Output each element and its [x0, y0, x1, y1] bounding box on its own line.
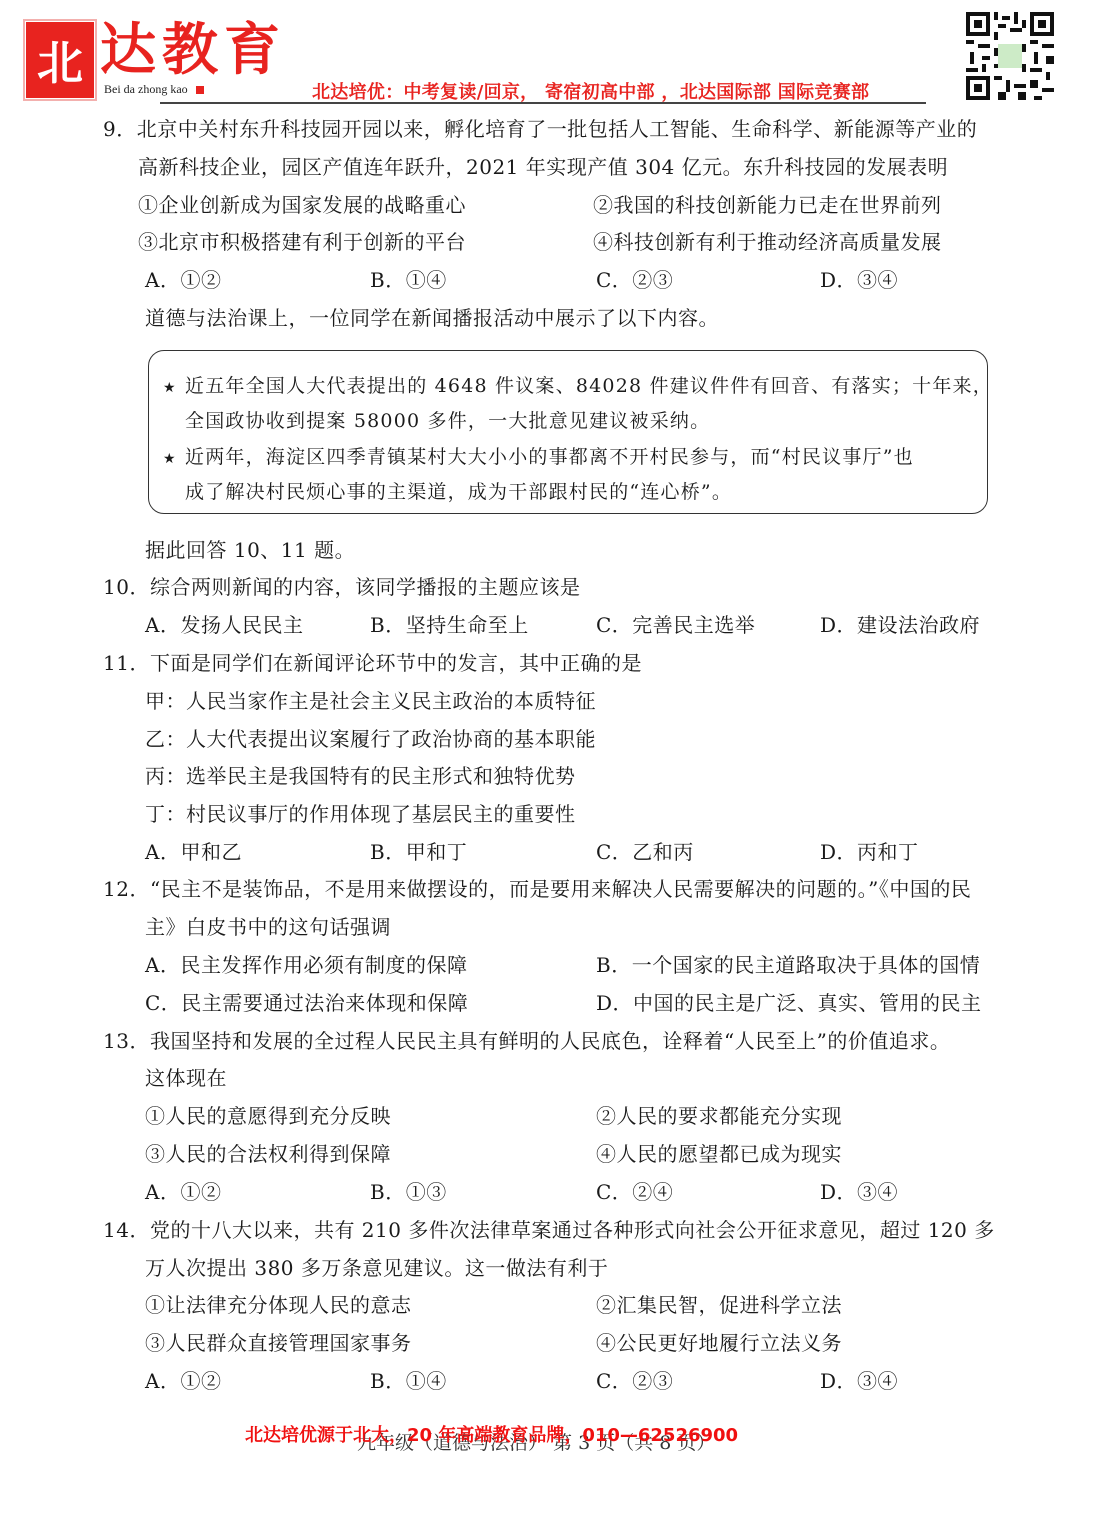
q12-option-a[interactable]: A．民主发挥作用必须有制度的保障 [145, 953, 467, 977]
q10-stem: 10．综合两则新闻的内容，该同学播报的主题应该是 [103, 575, 580, 599]
q11-item-bing: 丙：选举民主是我国特有的民主形式和独特优势 [145, 764, 576, 788]
q9-item-3: ③北京市积极搭建有利于创新的平台 [138, 230, 466, 254]
q11-option-b[interactable]: B．甲和丁 [370, 840, 467, 864]
q13-stem-line2: 这体现在 [145, 1066, 227, 1090]
news-2-line2: 成了解决村民烦心事的主渠道，成为干部跟村民的“连心桥”。 [185, 477, 732, 504]
q10-option-b[interactable]: B．坚持生命至上 [370, 613, 529, 637]
q14-stem-text1: 党的十八大以来，共有 210 多件次法律草案通过各种形式向社会公开征求意见，超过… [150, 1218, 995, 1242]
q14-option-b[interactable]: B．①④ [370, 1369, 447, 1393]
news-1-line1: ★近五年全国人大代表提出的 4648 件议案、84028 件建议件件有回音、有落… [163, 371, 993, 398]
star-icon: ★ [163, 451, 185, 467]
q11-number: 11． [103, 651, 150, 675]
q13-item-3: ③人民的合法权利得到保障 [145, 1142, 391, 1166]
q14-option-c[interactable]: C．②③ [596, 1369, 673, 1393]
q9-stem-line2: 高新科技企业，园区产值连年跃升，2021 年实现产值 304 亿元。东升科技园的… [138, 155, 948, 179]
q9-option-d[interactable]: D．③④ [820, 268, 898, 292]
q12-option-b[interactable]: B．一个国家的民主道路取决于具体的国情 [596, 953, 980, 977]
q12-option-d[interactable]: D．中国的民主是广泛、真实、管用的民主 [596, 991, 982, 1015]
q11-item-ding: 丁：村民议事厅的作用体现了基层民主的重要性 [145, 802, 576, 826]
logo-square-icon [196, 86, 204, 94]
q9-number: 9． [103, 117, 137, 141]
q13-option-b[interactable]: B．①③ [370, 1180, 447, 1204]
q9-option-c[interactable]: C．②③ [596, 268, 673, 292]
q11-option-c[interactable]: C．乙和丙 [596, 840, 694, 864]
q13-number: 13． [103, 1029, 150, 1053]
q14-stem-line1: 14．党的十八大以来，共有 210 多件次法律草案通过各种形式向社会公开征求意见… [103, 1218, 995, 1242]
q11-stem: 11．下面是同学们在新闻评论环节中的发言，其中正确的是 [103, 651, 642, 675]
q13-stem-text1: 我国坚持和发展的全过程人民民主具有鲜明的人民底色，诠释着“人民至上”的价值追求。 [150, 1029, 950, 1053]
q14-number: 14． [103, 1218, 150, 1242]
q9-option-a[interactable]: A．①② [145, 268, 221, 292]
q9-item-1: ①企业创新成为国家发展的战略重心 [138, 193, 466, 217]
q11-item-yi: 乙：人大代表提出议案履行了政治协商的基本职能 [145, 727, 596, 751]
qr-code-icon [966, 12, 1054, 100]
q10-stem-text: 综合两则新闻的内容，该同学播报的主题应该是 [150, 575, 581, 599]
q13-item-1: ①人民的意愿得到充分反映 [145, 1104, 391, 1128]
logo-subtitle: Bei da zhong kao [104, 82, 204, 97]
header-divider [160, 102, 926, 104]
star-icon: ★ [163, 380, 185, 396]
material-intro: 道德与法治课上，一位同学在新闻播报活动中展示了以下内容。 [145, 306, 719, 330]
q13-item-4: ④人民的愿望都已成为现实 [596, 1142, 842, 1166]
q14-option-d[interactable]: D．③④ [820, 1369, 898, 1393]
news-1-text1: 近五年全国人大代表提出的 4648 件议案、84028 件建议件件有回音、有落实… [185, 375, 993, 397]
q13-option-d[interactable]: D．③④ [820, 1180, 898, 1204]
logo-subtitle-text: Bei da zhong kao [104, 82, 188, 96]
q11-item-jia: 甲：人民当家作主是社会主义民主政治的本质特征 [145, 689, 596, 713]
q9-item-4: ④科技创新有利于推动经济高质量发展 [593, 230, 942, 254]
q13-item-2: ②人民的要求都能充分实现 [596, 1104, 842, 1128]
q12-option-c[interactable]: C．民主需要通过法治来体现和保障 [145, 991, 468, 1015]
header-slogan: 北达培优：中考复读/回京， 寄宿初高中部 ，北达国际部 国际竞赛部 [312, 78, 869, 104]
q9-stem-line1: 9．北京中关村东升科技园开园以来，孵化培育了一批包括人工智能、生命科学、新能源等… [103, 117, 977, 141]
q9-stem-text1: 北京中关村东升科技园开园以来，孵化培育了一批包括人工智能、生命科学、新能源等产业… [137, 117, 978, 141]
q14-item-4: ④公民更好地履行立法义务 [596, 1331, 842, 1355]
q10-number: 10． [103, 575, 150, 599]
news-2-text1: 近两年，海淀区四季青镇某村大大小小的事都离不开村民参与，而“村民议事厅”也 [185, 446, 914, 468]
q11-stem-text: 下面是同学们在新闻评论环节中的发言，其中正确的是 [150, 651, 642, 675]
q14-option-a[interactable]: A．①② [145, 1369, 221, 1393]
q11-option-a[interactable]: A．甲和乙 [145, 840, 242, 864]
q14-item-1: ①让法律充分体现人民的意志 [145, 1293, 412, 1317]
q12-stem-text1: “民主不是装饰品，不是用来做摆设的，而是要用来解决人民需要解决的问题的。”《中国… [150, 877, 971, 901]
logo-text: 达教育 [100, 18, 286, 82]
q13-option-a[interactable]: A．①② [145, 1180, 221, 1204]
q12-stem-line1: 12．“民主不是装饰品，不是用来做摆设的，而是要用来解决人民需要解决的问题的。”… [103, 877, 971, 901]
q10-option-a[interactable]: A．发扬人民民主 [145, 613, 303, 637]
q13-stem-line1: 13．我国坚持和发展的全过程人民民主具有鲜明的人民底色，诠释着“人民至上”的价值… [103, 1029, 950, 1053]
q14-item-2: ②汇集民智，促进科学立法 [596, 1293, 842, 1317]
q12-number: 12． [103, 877, 150, 901]
footer-watermark: 北达培优源于北大，20 年高端教育品牌，010—62526900 [245, 1421, 738, 1447]
q9-item-2: ②我国的科技创新能力已走在世界前列 [593, 193, 942, 217]
logo-mark: 北 [26, 22, 94, 98]
answer-prompt: 据此回答 10、11 题。 [145, 538, 355, 562]
q11-option-d[interactable]: D．丙和丁 [820, 840, 919, 864]
news-1-line2: 全国政协收到提案 58000 多件，一大批意见建议被采纳。 [185, 406, 710, 433]
q9-option-b[interactable]: B．①④ [370, 268, 447, 292]
news-2-line1: ★近两年，海淀区四季青镇某村大大小小的事都离不开村民参与，而“村民议事厅”也 [163, 442, 914, 469]
q10-option-d[interactable]: D．建设法治政府 [820, 613, 980, 637]
q13-option-c[interactable]: C．②④ [596, 1180, 673, 1204]
q10-option-c[interactable]: C．完善民主选举 [596, 613, 755, 637]
q14-stem-line2: 万人次提出 380 多万条意见建议。这一做法有利于 [145, 1256, 608, 1280]
q12-stem-line2: 主》白皮书中的这句话强调 [145, 915, 391, 939]
q14-item-3: ③人民群众直接管理国家事务 [145, 1331, 412, 1355]
